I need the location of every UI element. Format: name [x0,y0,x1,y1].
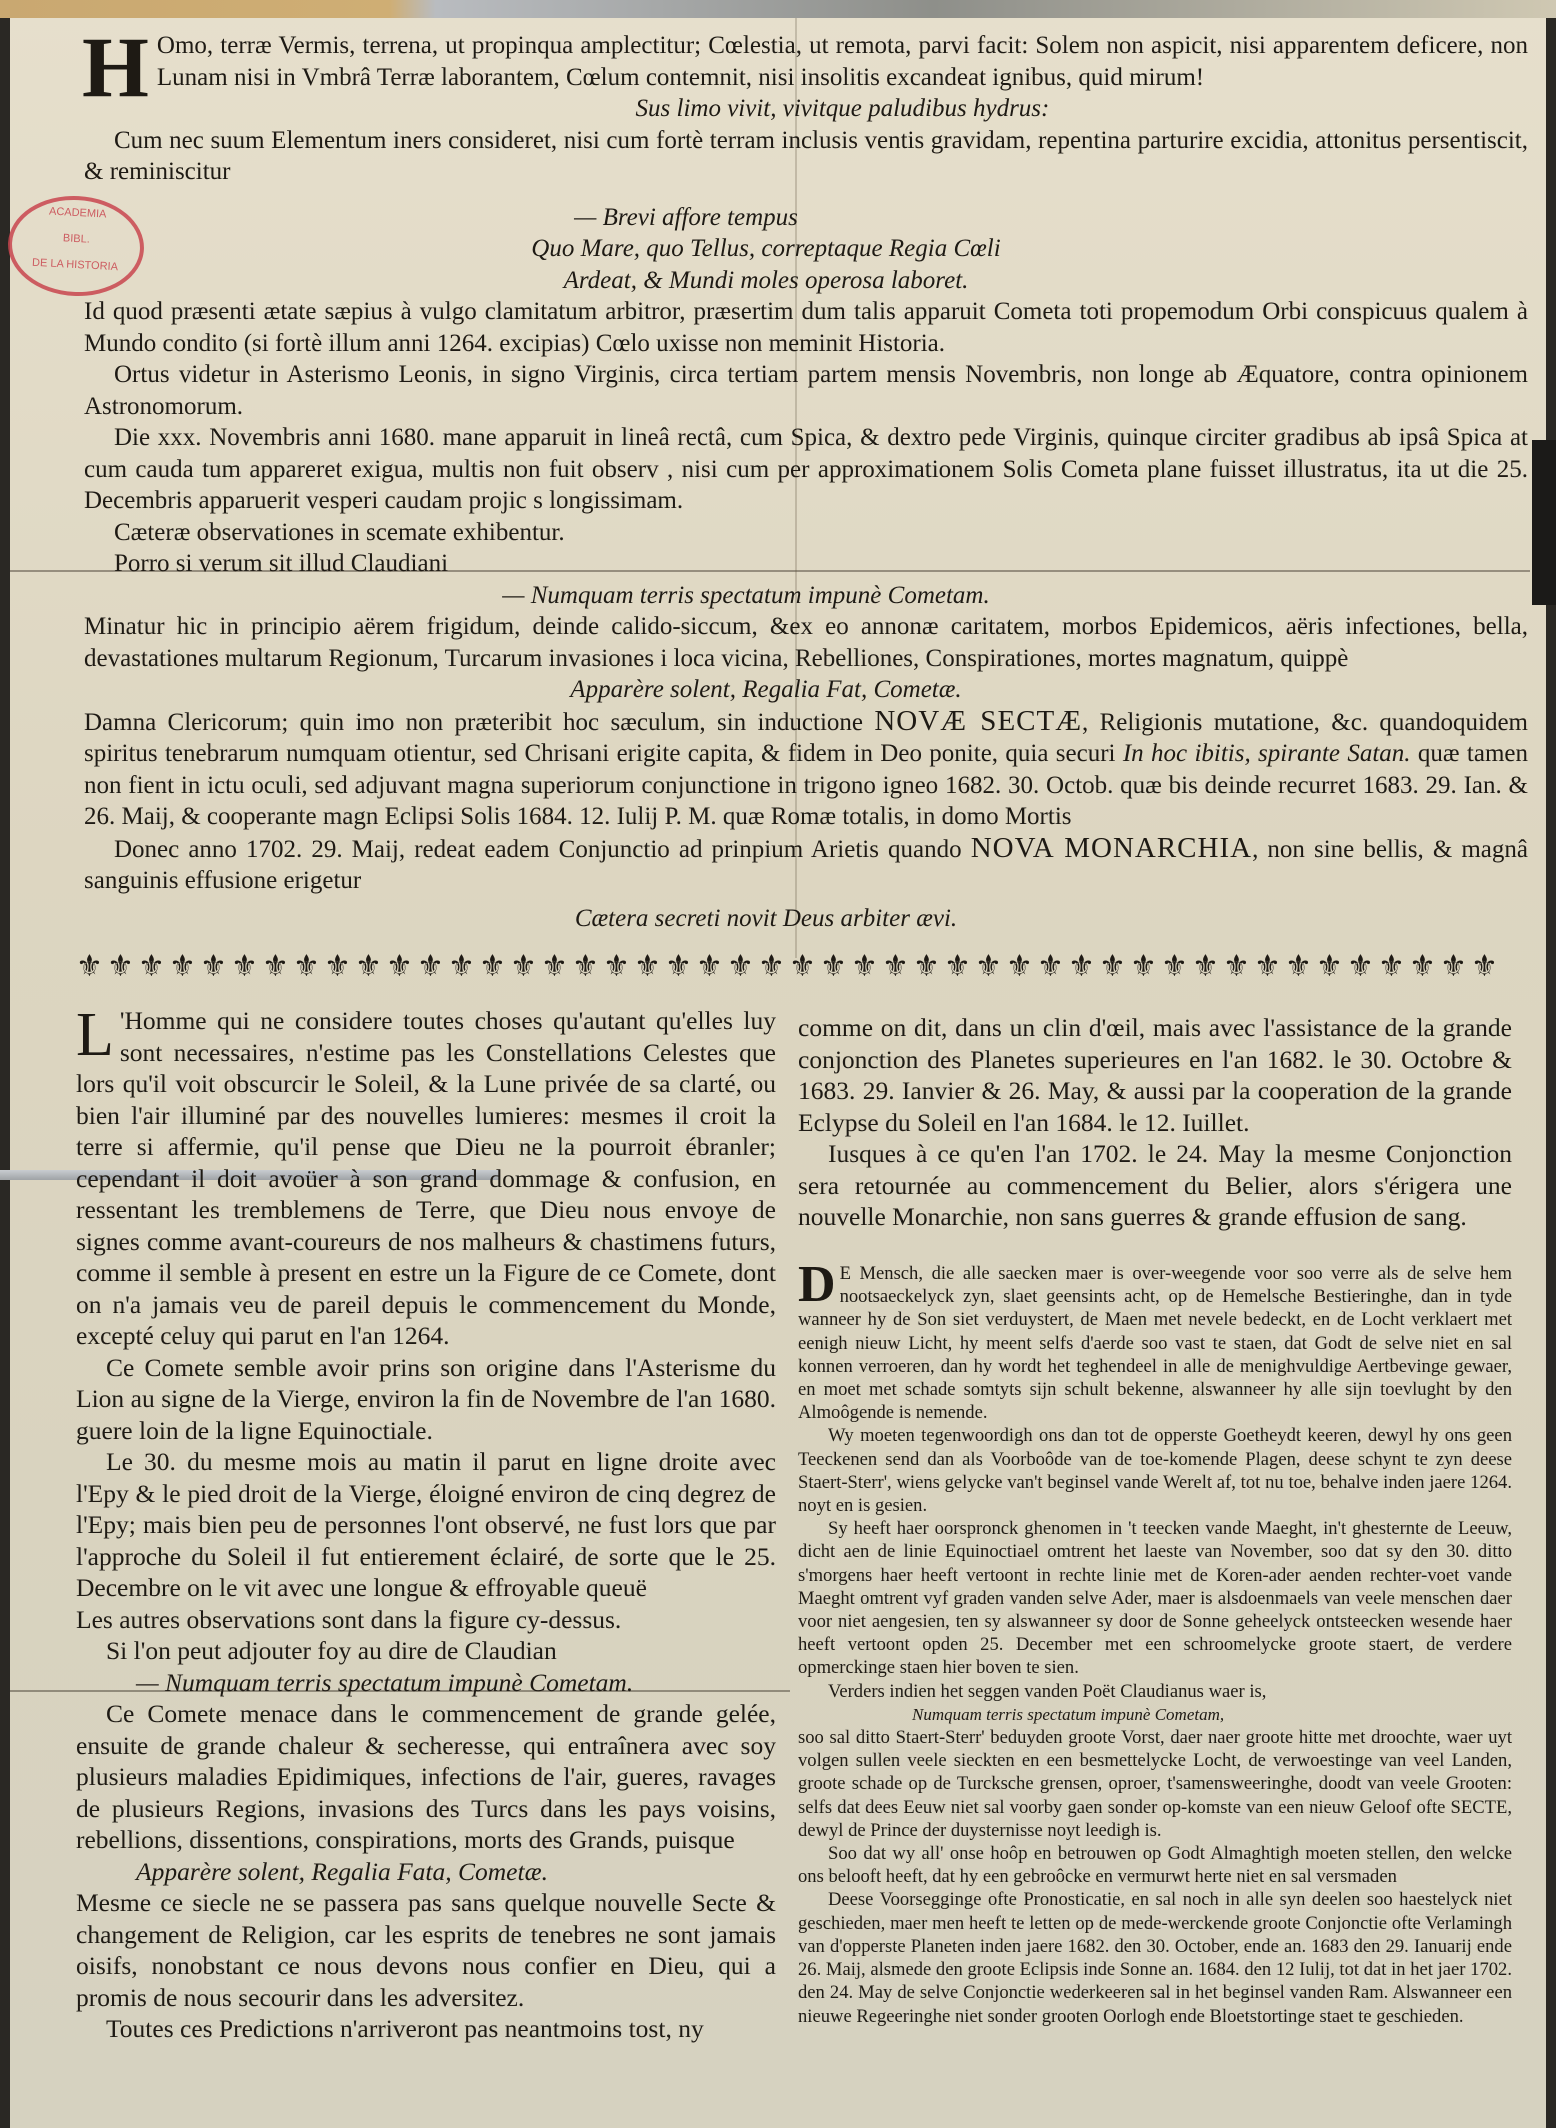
latin-paragraph: Cum nec suum Elementum iners consideret,… [84,125,1528,188]
fleuron-icon: ⚜ [882,949,907,984]
fleuron-icon: ⚜ [1378,949,1403,984]
verse: — Numquam terris spectatum impunè Cometa… [84,580,1528,612]
fleuron-icon: ⚜ [1161,949,1186,984]
fleuron-icon: ⚜ [541,949,566,984]
fleuron-icon: ⚜ [1192,949,1217,984]
fleuron-icon: ⚜ [944,949,969,984]
fleuron-icon: ⚜ [913,949,938,984]
dropcap-h: H [82,34,149,100]
french-paragraph: Ce Comete menace dans le commencement de… [76,1698,776,1856]
fleuron-icon: ⚜ [1409,949,1434,984]
fleuron-icon: ⚜ [479,949,504,984]
latin-section: HOmo, terræ Vermis, terrena, ut propinqu… [84,30,1528,934]
emphasis-caps: NOVÆ SECTÆ [874,705,1082,737]
fleuron-icon: ⚜ [510,949,535,984]
dutch-paragraph: Sy heeft haer oorspronck ghenomen in 't … [798,1517,1512,1679]
fleuron-icon: ⚜ [820,949,845,984]
fleuron-icon: ⚜ [1285,949,1310,984]
torn-right-edge [1532,440,1556,605]
latin-paragraph: Cæteræ observationes in scemate exhibent… [84,517,1528,549]
fleuron-icon: ⚜ [262,949,287,984]
fleuron-icon: ⚜ [1130,949,1155,984]
verse: Quo Mare, quo Tellus, correptaque Regia … [84,233,1528,265]
fleuron-icon: ⚜ [851,949,876,984]
latin-paragraph: Ortus videtur in Asterismo Leonis, in si… [84,359,1528,422]
fleuron-icon: ⚜ [1099,949,1124,984]
french-paragraph: L'Homme qui ne considere toutes choses q… [76,1005,776,1352]
french-paragraph: Iusques à ce qu'en l'an 1702. le 24. May… [798,1138,1512,1233]
fleuron-icon: ⚜ [603,949,628,984]
fleuron-icon: ⚜ [1223,949,1248,984]
fleuron-icon: ⚜ [572,949,597,984]
dutch-paragraph: DE Mensch, die alle saecken maer is over… [798,1262,1512,1424]
dutch-paragraph: Wy moeten tegenwoordigh ons dan tot de o… [798,1424,1512,1517]
french-paragraph: comme on dit, dans un clin d'œil, mais a… [798,1012,1512,1138]
dutch-paragraph: soo sal ditto Staert-Sterr' beduyden gro… [798,1726,1512,1842]
fleuron-icon: ⚜ [665,949,690,984]
fleuron-icon: ⚜ [138,949,163,984]
fleuron-icon: ⚜ [1068,949,1093,984]
text: Damna Clericorum; quin imo non præteribi… [84,709,874,736]
fleuron-icon: ⚜ [107,949,132,984]
fleuron-icon: ⚜ [1347,949,1372,984]
verse: Apparère solent, Regalia Fat, Cometæ. [84,674,1528,706]
text: 'Homme qui ne considere toutes choses qu… [76,1006,776,1350]
fleuron-icon: ⚜ [293,949,318,984]
verse: Cætera secreti novit Deus arbiter ævi. [84,903,1528,935]
fleuron-icon: ⚜ [789,949,814,984]
fleuron-icon: ⚜ [1254,949,1279,984]
french-paragraph: Mesme ce siecle ne se passera pas sans q… [76,1887,776,2013]
french-paragraph: Les autres observations sont dans la fig… [76,1604,776,1636]
french-paragraph: Ce Comete semble avoir prins son origine… [76,1352,776,1447]
fleuron-icon: ⚜ [324,949,349,984]
dutch-paragraph: Verders indien het seggen vanden Poët Cl… [798,1680,1512,1703]
fleuron-icon: ⚜ [1440,949,1465,984]
latin-paragraph: Minatur hic in principio aërem frigidum,… [84,611,1528,674]
french-paragraph: Si l'on peut adjouter foy au dire de Cla… [76,1635,776,1667]
fleuron-icon: ⚜ [417,949,442,984]
fleuron-icon: ⚜ [758,949,783,984]
french-column-right: comme on dit, dans un clin d'œil, mais a… [798,1012,1512,1233]
french-paragraph: Toutes ces Predictions n'arriveront pas … [76,2013,776,2045]
fleuron-icon: ⚜ [1471,949,1496,984]
fleuron-icon: ⚜ [634,949,659,984]
latin-paragraph: Damna Clericorum; quin imo non præteribi… [84,706,1528,833]
verse: Apparère solent, Regalia Fata, Cometæ. [76,1856,776,1888]
latin-paragraph: Donec anno 1702. 29. Maij, redeat eadem … [84,833,1528,897]
text: Donec anno 1702. 29. Maij, redeat eadem … [114,836,971,863]
verse: Numquam terris spectatum impunè Cometam, [798,1703,1512,1726]
dutch-column: DE Mensch, die alle saecken maer is over… [798,1262,1512,2028]
ornamental-border: ⚜⚜⚜⚜⚜⚜⚜⚜⚜⚜⚜⚜⚜⚜⚜⚜⚜⚜⚜⚜⚜⚜⚜⚜⚜⚜⚜⚜⚜⚜⚜⚜⚜⚜⚜⚜⚜⚜⚜⚜… [76,948,1496,984]
verse: — Brevi affore tempus [84,202,1528,234]
text: E Mensch, die alle saecken maer is over-… [798,1263,1512,1423]
latin-paragraph: Id quod præsenti ætate sæpius à vulgo cl… [84,296,1528,359]
latin-paragraph: Die xxx. Novembris anni 1680. mane appar… [84,422,1528,517]
text: Omo, terræ Vermis, terrena, ut propinqua… [157,32,1528,91]
fleuron-icon: ⚜ [200,949,225,984]
fleuron-icon: ⚜ [231,949,256,984]
fleuron-icon: ⚜ [76,949,101,984]
dropcap-d: D [798,1264,836,1306]
french-column-left: L'Homme qui ne considere toutes choses q… [76,1005,776,2045]
fleuron-icon: ⚜ [169,949,194,984]
verse: Ardeat, & Mundi moles operosa laboret. [84,265,1528,297]
dutch-paragraph: Deese Voorseggingе ofte Pronosticatie, e… [798,1888,1512,2027]
latin-paragraph: HOmo, terræ Vermis, terrena, ut propinqu… [84,30,1528,93]
fleuron-icon: ⚜ [1316,949,1341,984]
fleuron-icon: ⚜ [386,949,411,984]
latin-paragraph: Porro si verum sit illud Claudiani [84,548,1528,580]
fleuron-icon: ⚜ [975,949,1000,984]
torn-top-edge [0,0,1556,18]
fleuron-icon: ⚜ [355,949,380,984]
dropcap-l: L [76,1009,114,1061]
fleuron-icon: ⚜ [448,949,473,984]
fleuron-icon: ⚜ [1037,949,1062,984]
dutch-paragraph: Soo dat wy all' onse hoôp en betrouwen o… [798,1842,1512,1888]
emphasis-italic: In hoc ibitis, spirante Satan. [1123,740,1411,767]
emphasis-caps: NOVA MONARCHIA [971,832,1252,864]
fleuron-icon: ⚜ [727,949,752,984]
verse: — Numquam terris spectatum impunè Cometa… [76,1667,776,1699]
french-paragraph: Le 30. du mesme mois au matin il parut e… [76,1446,776,1604]
fleuron-icon: ⚜ [696,949,721,984]
verse: Sus limo vivit, vivitque paludibus hydru… [84,93,1528,125]
fleuron-icon: ⚜ [1006,949,1031,984]
